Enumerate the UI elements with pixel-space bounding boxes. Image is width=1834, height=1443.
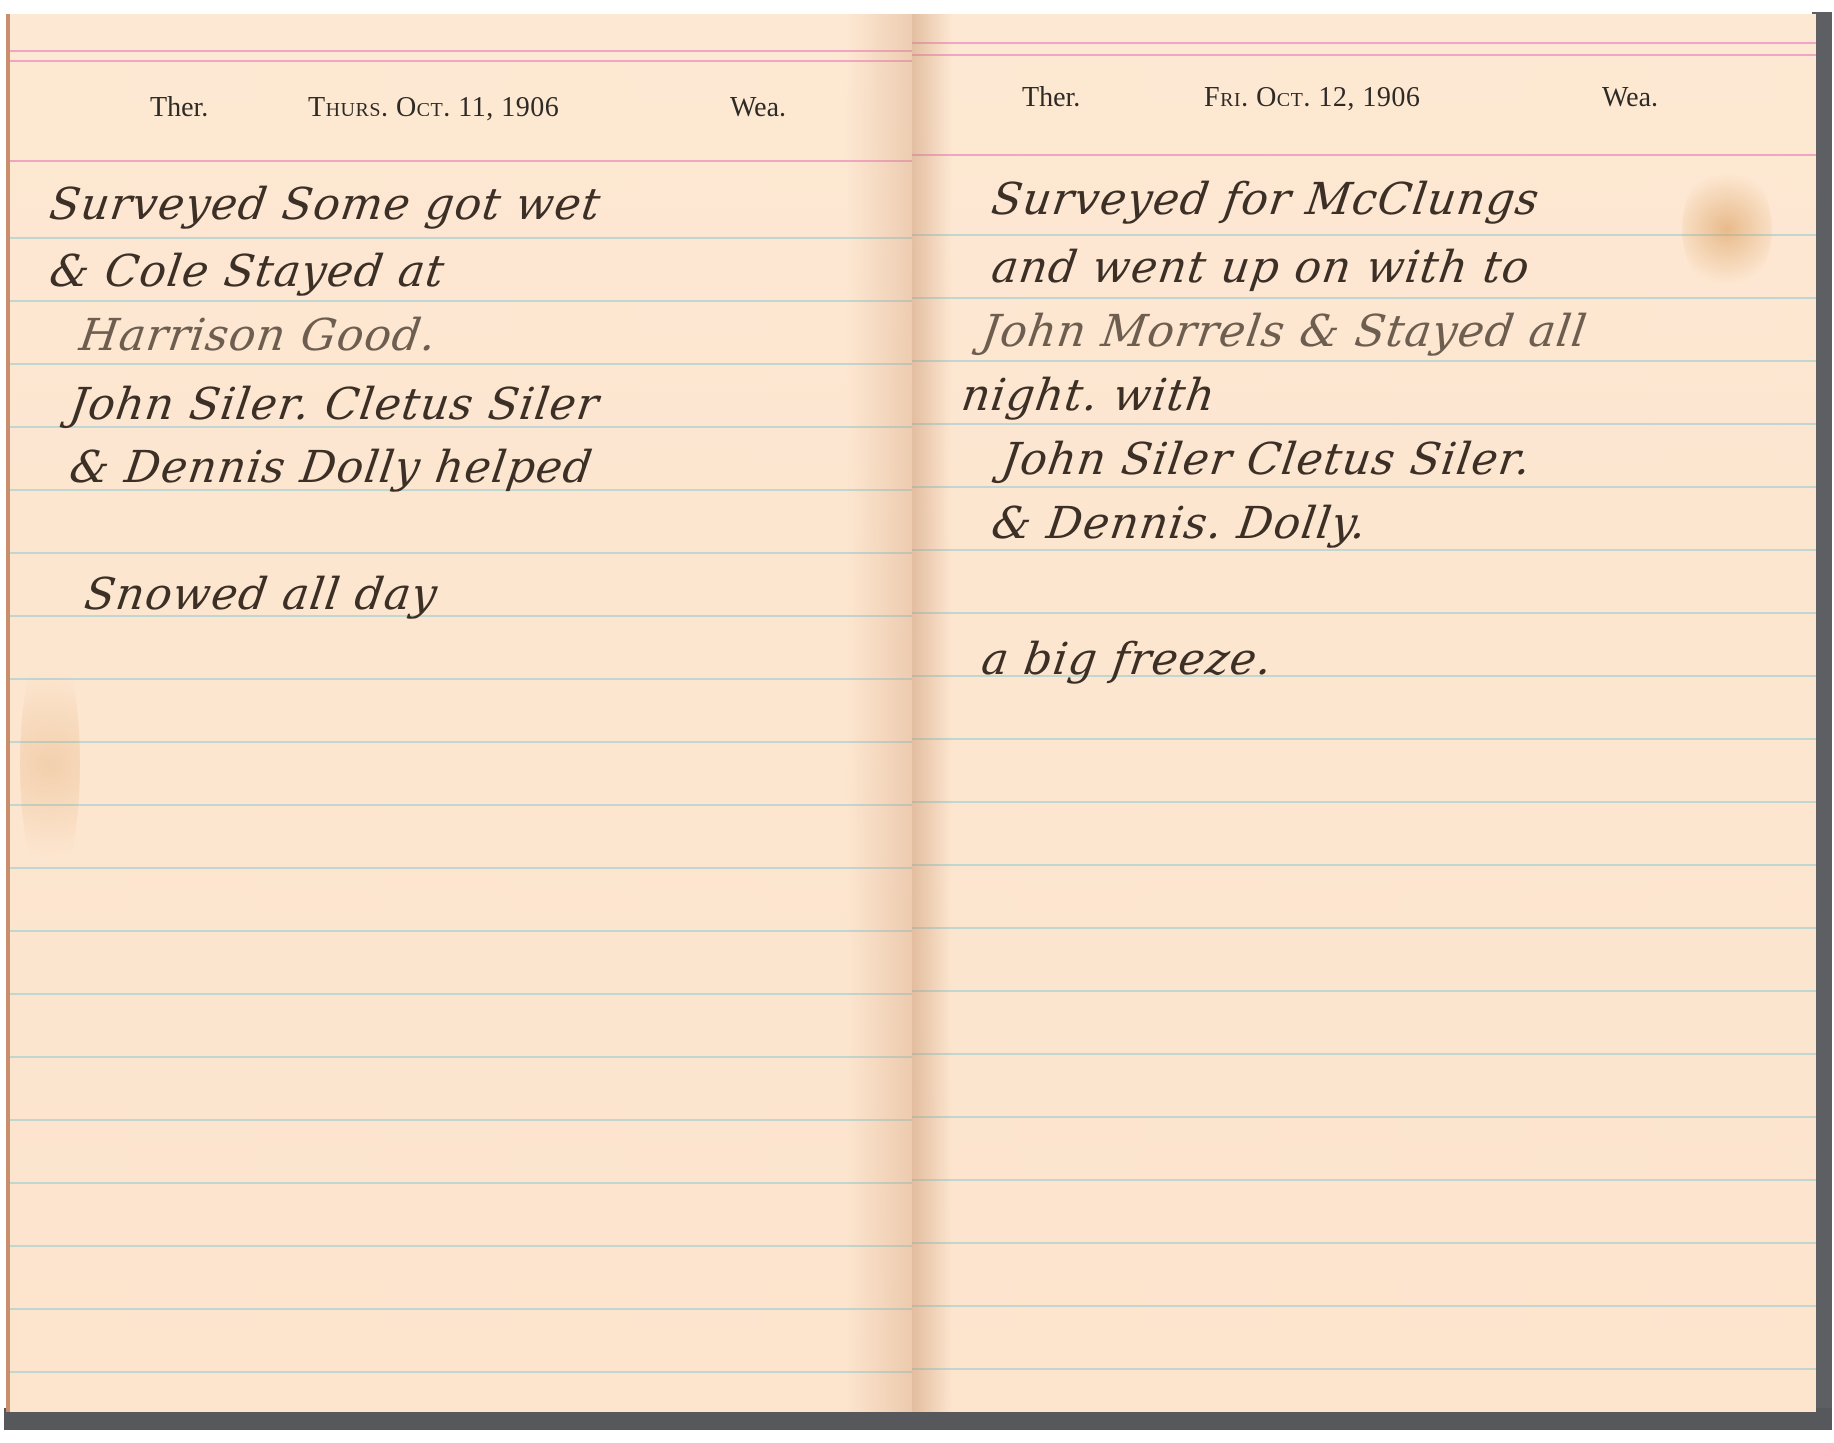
ruled-line	[10, 1119, 916, 1121]
header-rule-top	[912, 42, 1816, 44]
ruled-line	[912, 360, 1816, 362]
page-date: Thurs. Oct. 11, 1906	[308, 92, 559, 124]
handwritten-line: Harrison Good.	[76, 310, 440, 361]
ruled-line	[912, 864, 1816, 866]
left-page: Ther. Thurs. Oct. 11, 1906 Wea. Surveyed…	[6, 14, 916, 1412]
handwritten-line: and went up on with to	[988, 242, 1533, 293]
ruled-line	[10, 237, 916, 239]
page-date: Fri. Oct. 12, 1906	[1204, 82, 1420, 114]
thermometer-label: Ther.	[1022, 82, 1080, 114]
page-header: Ther. Thurs. Oct. 11, 1906 Wea.	[10, 92, 916, 132]
ruled-line	[10, 741, 916, 743]
open-diary: Ther. Thurs. Oct. 11, 1906 Wea. Surveyed…	[0, 0, 1834, 1443]
handwritten-line: & Cole Stayed at	[46, 246, 448, 297]
ruled-line	[912, 297, 1816, 299]
ruled-line	[10, 678, 916, 680]
ruled-line	[10, 1182, 916, 1184]
handwritten-line: & Dennis. Dolly.	[988, 498, 1370, 549]
ruled-line	[10, 300, 916, 302]
ruled-line	[912, 549, 1816, 551]
weather-label: Wea.	[730, 92, 786, 124]
handwritten-line: Surveyed Some got wet	[46, 179, 604, 230]
ruled-line	[912, 423, 1816, 425]
ruled-line	[10, 993, 916, 995]
ruled-line	[10, 930, 916, 932]
ruled-line	[912, 234, 1816, 236]
ruled-line	[912, 1053, 1816, 1055]
handwritten-line: Snowed all day	[81, 569, 441, 620]
ruled-line	[10, 1371, 916, 1373]
ruled-line	[10, 552, 916, 554]
ruled-line	[912, 1368, 1816, 1370]
header-rule-bottom	[912, 154, 1816, 156]
weather-label: Wea.	[1602, 82, 1658, 114]
ink-stain	[1682, 164, 1772, 294]
header-rule-second	[912, 54, 1816, 56]
ruled-line	[912, 801, 1816, 803]
right-page: Ther. Fri. Oct. 12, 1906 Wea. Surveyed f…	[912, 14, 1816, 1412]
ruled-line	[912, 927, 1816, 929]
ruled-line	[912, 1305, 1816, 1307]
ruled-line	[10, 867, 916, 869]
ruled-line	[912, 1116, 1816, 1118]
ruled-line	[912, 612, 1816, 614]
page-header: Ther. Fri. Oct. 12, 1906 Wea.	[912, 82, 1816, 122]
handwritten-line: night. with	[958, 370, 1218, 421]
ruled-line	[10, 804, 916, 806]
thermometer-label: Ther.	[150, 92, 208, 124]
ruled-line	[912, 486, 1816, 488]
header-rule-bottom	[10, 160, 916, 162]
handwritten-line: John Siler Cletus Siler.	[998, 434, 1534, 485]
handwritten-line: & Dennis Dolly helped	[66, 442, 596, 493]
ruled-line	[10, 1056, 916, 1058]
ruled-line	[912, 1179, 1816, 1181]
handwritten-line: John Morrels & Stayed all	[978, 306, 1590, 357]
handwritten-line: a big freeze.	[978, 634, 1275, 685]
header-rule-second	[10, 60, 916, 62]
ruled-line	[10, 1308, 916, 1310]
ruled-line	[912, 738, 1816, 740]
ruled-line	[912, 990, 1816, 992]
ruled-line	[10, 1245, 916, 1247]
handwritten-line: Surveyed for McClungs	[988, 174, 1542, 225]
ruled-line	[912, 1242, 1816, 1244]
handwritten-line: John Siler. Cletus Siler	[66, 379, 602, 430]
ruled-line	[10, 363, 916, 365]
water-stain	[20, 634, 80, 894]
header-rule-top	[10, 50, 916, 52]
